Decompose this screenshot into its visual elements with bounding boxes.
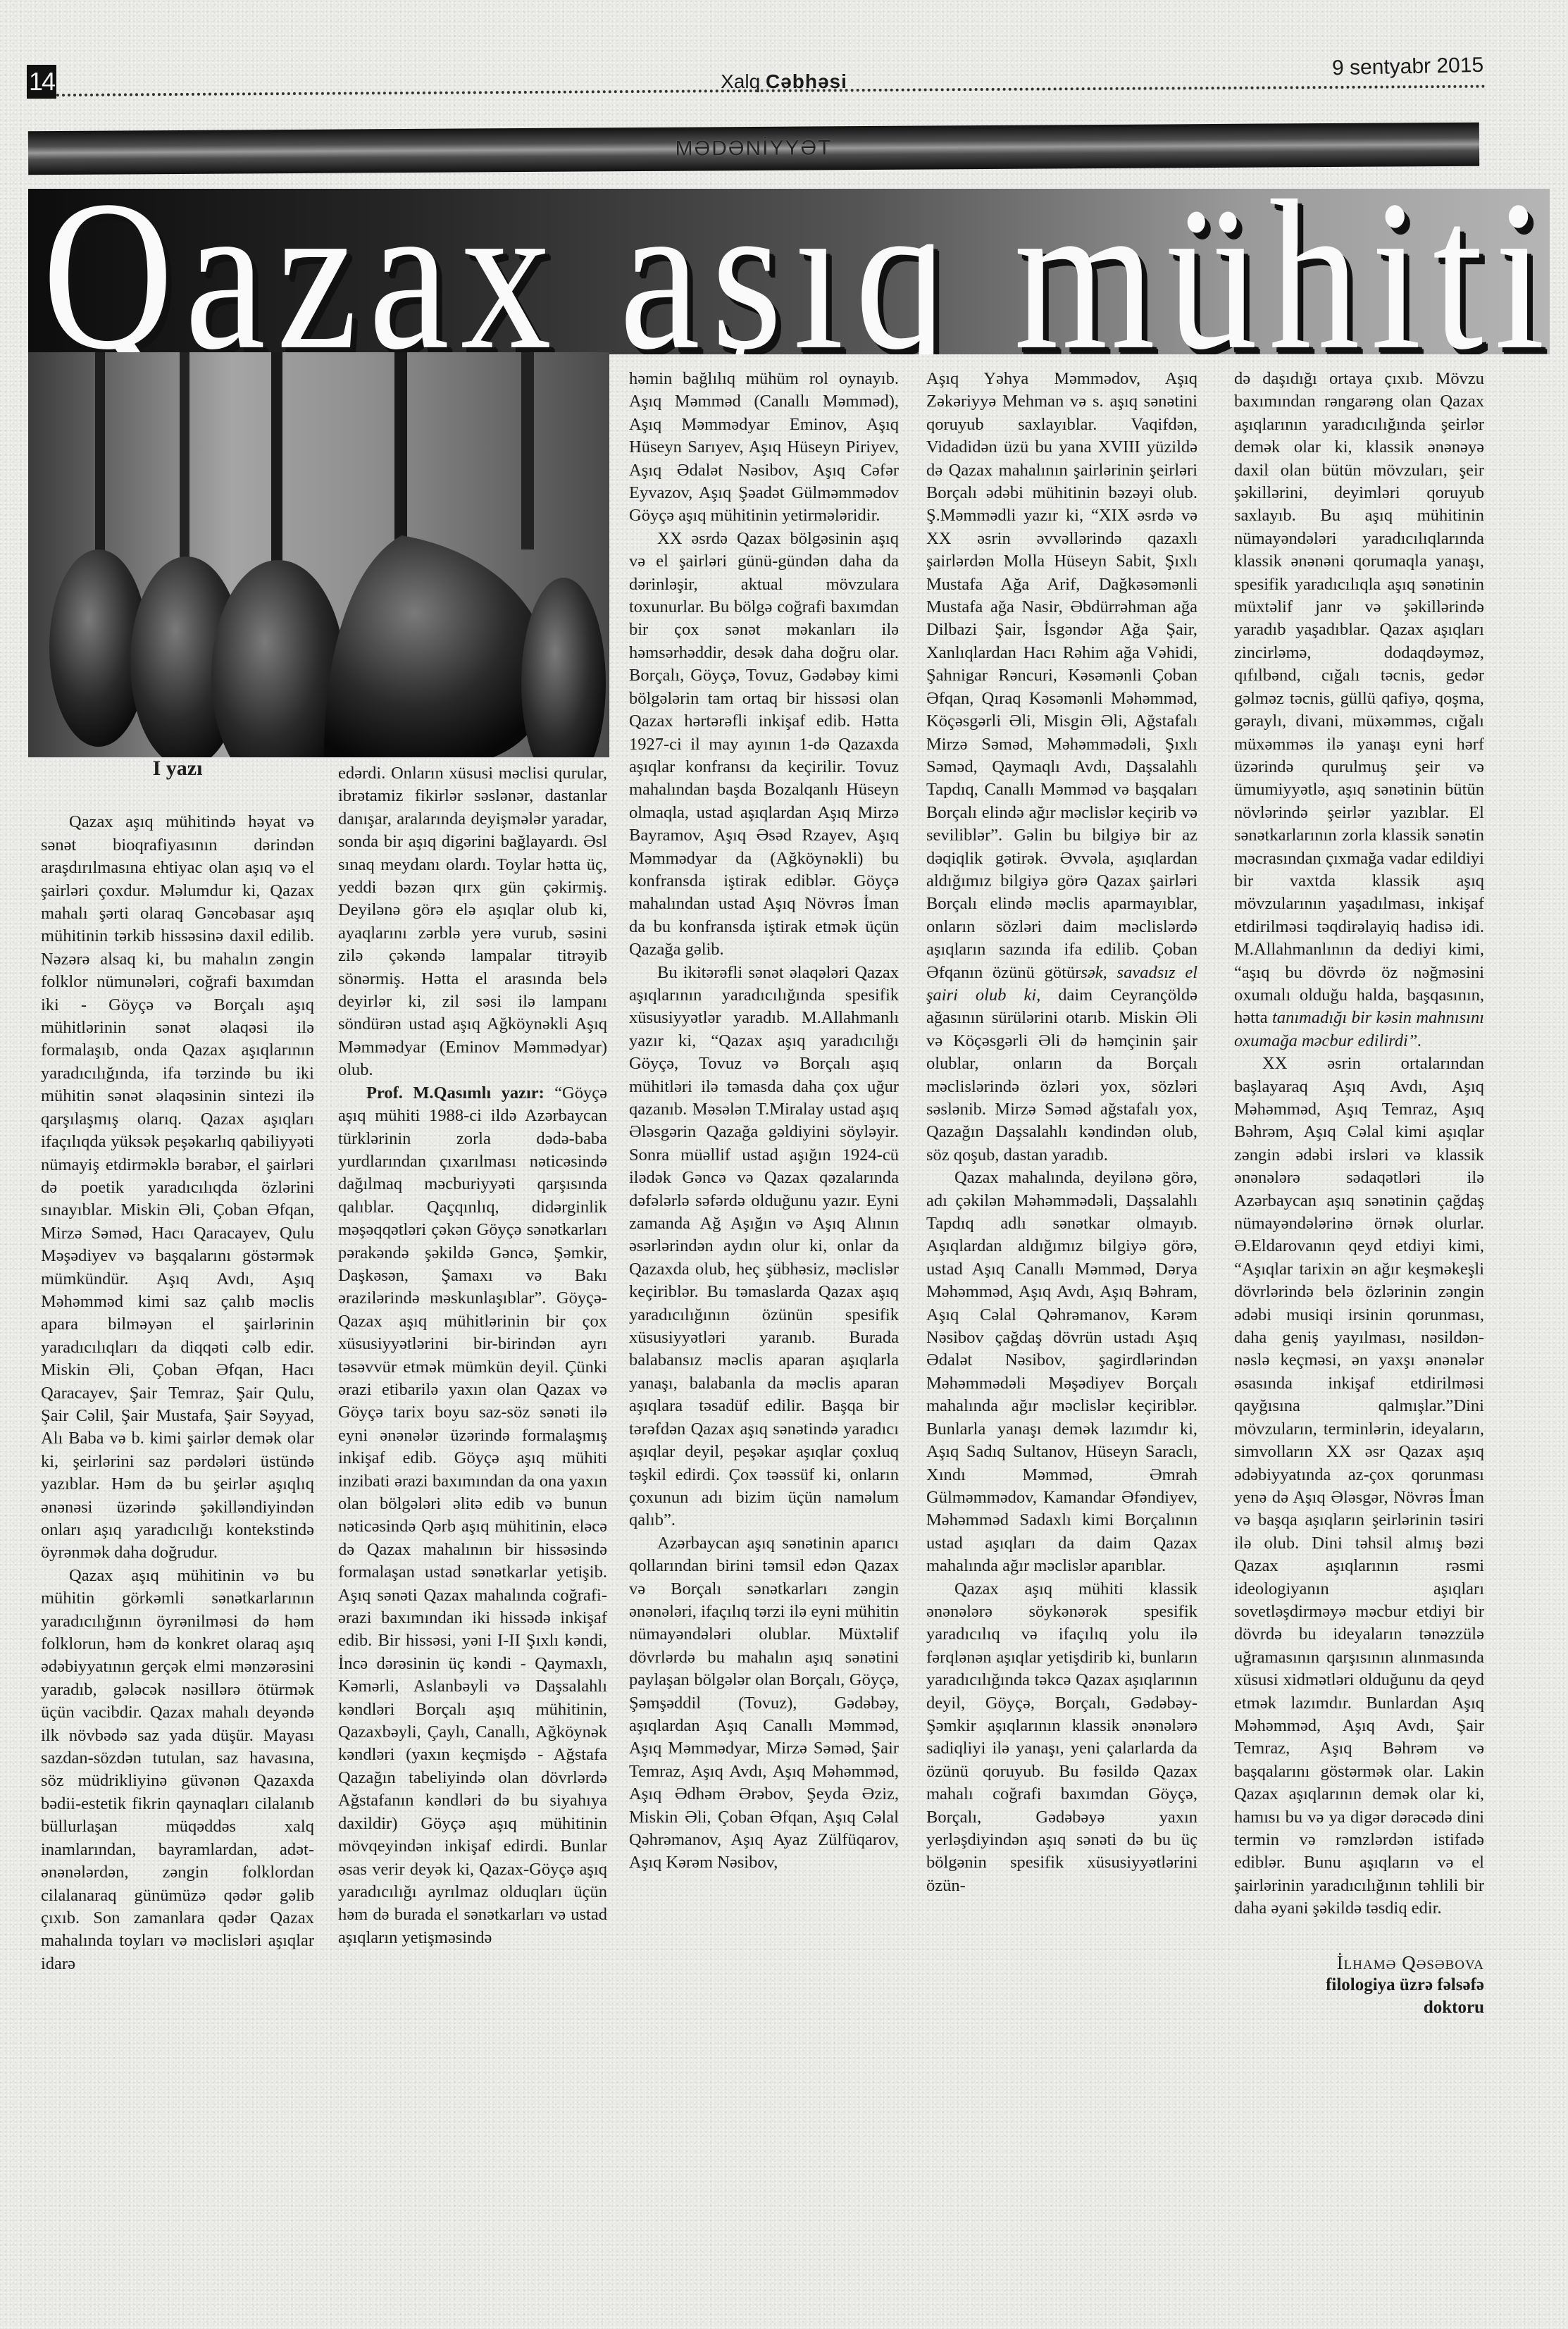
article-column-1: I yazı Qazax aşıq mühitində həyat və sən… [41,757,314,1975]
article-column-4: Aşıq Yəhya Məmmədov, Aşıq Zəkəriyyə Mehm… [926,368,1197,1897]
author-title: filologiya üzrə fəlsəfə [1234,1974,1484,1996]
author-name: İlhamə Qəsəbova [1234,1951,1484,1974]
quote-attribution: Prof. M.Qasımlı yazır: [366,1083,545,1103]
section-label: MƏDƏNİYYƏT [676,136,833,161]
headline-banner: Qazax aşıq mühiti [28,189,1550,354]
paragraph: Bu ikitərəfli sənət əlaqələri Qazax aşıq… [629,962,899,1532]
saz-icon [28,352,609,757]
paragraph: XX əsrdə Qazax bölgəsinin aşıq və el şai… [629,528,899,962]
paragraph-text: Aşıq Yəhya Məmmədov, Aşıq Zəkəriyyə Mehm… [926,369,1197,982]
article-column-3: həmin bağlılıq mühüm rol oynayıb. Aşıq M… [629,368,899,1875]
saz-instruments-photo [28,352,609,757]
paragraph: edərdi. Onların xüsusi məclisi qurular, … [338,762,607,1082]
article-subtitle: I yazı [41,757,314,780]
author-title-line2: doktoru [1234,1996,1484,2019]
paragraph-text: daim Ceyrançöldə ağasının sürülərini ota… [926,986,1197,1164]
section-banner: MƏDƏNİYYƏT [28,123,1479,175]
paragraph: həmin bağlılıq mühüm rol oynayıb. Aşıq M… [629,368,899,528]
paragraph: də daşıdığı ortaya çıxıb. Mövzu baxımınd… [1234,368,1484,1052]
paragraph: XX əsrin ortalarından başlayaraq Aşıq Av… [1234,1052,1484,1920]
article-column-2: edərdi. Onların xüsusi məclisi qurular, … [338,762,607,1949]
quote-text: “Göyçə aşıq mühiti 1988-ci ildə Azərbayc… [338,1083,607,1947]
paragraph: Qazax mahalında, deyilənə görə, adı çəki… [926,1167,1197,1577]
paragraph: Qazax aşıq mühitinin və bu mühitin görkə… [41,1565,314,1975]
article-headline: Qazax aşıq mühiti [42,189,1550,354]
issue-date: 9 sentyabr 2015 [1332,54,1484,80]
author-byline: İlhamə Qəsəbova filologiya üzrə fəlsəfə … [1234,1951,1484,2019]
paragraph: Qazax aşıq mühitində həyat və sənət bioq… [41,811,314,1564]
paragraph: Prof. M.Qasımlı yazır: “Göyçə aşıq mühit… [338,1082,607,1949]
italic-text: tanımadığı bir kəsin mahnısını oxumağa m… [1234,1008,1484,1050]
paragraph: Qazax aşıq mühiti klassik ənənələrə söyk… [926,1578,1197,1898]
paragraph: Azərbaycan aşıq sənətinin aparıcı qollar… [629,1532,899,1875]
paragraph: Aşıq Yəhya Məmmədov, Aşıq Zəkəriyyə Mehm… [926,368,1197,1167]
article-column-5: də daşıdığı ortaya çıxıb. Mövzu baxımınd… [1234,368,1484,2019]
paragraph-text: də daşıdığı ortaya çıxıb. Mövzu baxımınd… [1234,369,1484,1027]
